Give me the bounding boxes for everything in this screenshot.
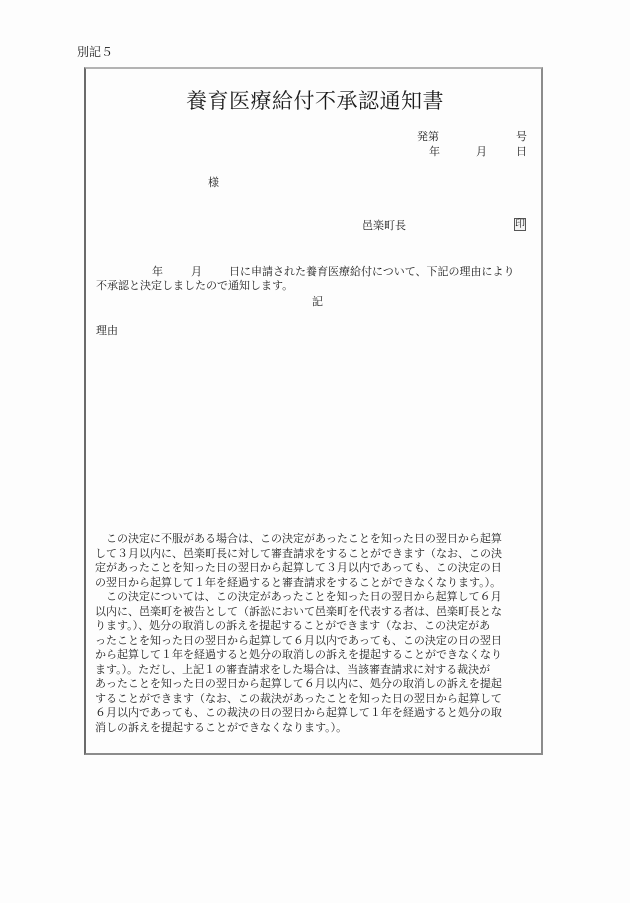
issue-number-suffix: 号 bbox=[516, 130, 527, 143]
appeal-notice-line: この決定に不服がある場合は、この決定があったことを知った日の翌日から起算 bbox=[95, 532, 533, 547]
ki-heading: 記 bbox=[312, 295, 323, 308]
document-title: 養育医療給付不承認通知書 bbox=[0, 88, 630, 114]
lawsuit-notice-line: 以内に、邑楽町を被告として（訴訟において邑楽町を代表する者は、邑楽町長とな bbox=[95, 605, 533, 620]
appeal-notice-line: 定があったことを知った日の翌日から起算して３月以内であっても、この決定の日 bbox=[95, 561, 533, 576]
appeal-notice-line: して３月以内に、邑楽町長に対して審査請求をすることができます（なお、この決 bbox=[95, 547, 533, 562]
addressee-suffix: 様 bbox=[208, 176, 219, 189]
date-month: 月 bbox=[476, 145, 487, 158]
lawsuit-notice-line: ったことを知った日の翌日から起算して６月以内であっても、この決定の日の翌日 bbox=[95, 634, 533, 649]
reason-label: 理由 bbox=[96, 324, 118, 337]
body-month: 月 bbox=[191, 265, 202, 278]
lawsuit-notice-line: ６月以内であっても、この裁決の日の翌日から起算して１年を経過すると処分の取 bbox=[95, 706, 533, 721]
annex-label: 別記５ bbox=[77, 45, 113, 59]
issuer-name: 邑楽町長 bbox=[362, 219, 406, 232]
lawsuit-notice-line: から起算して１年を経過すると処分の取消しの訴えを提起することができなくなり bbox=[95, 648, 533, 663]
body-line-1: 日に申請された養育医療給付について、下記の理由により bbox=[229, 265, 515, 278]
date-year: 年 bbox=[429, 145, 440, 158]
lawsuit-notice: この決定については、この決定があったことを知った日の翌日から起算して６月 以内に… bbox=[95, 590, 533, 735]
body-year: 年 bbox=[152, 265, 163, 278]
lawsuit-notice-line: ります。）、処分の取消しの訴えを提起することができます（なお、この決定があ bbox=[95, 619, 533, 634]
lawsuit-notice-line: この決定については、この決定があったことを知った日の翌日から起算して６月 bbox=[95, 590, 533, 605]
body-line-2: 不承認と決定しましたので通知します。 bbox=[96, 279, 293, 292]
seal-mark: 印 bbox=[514, 218, 526, 231]
appeal-notice-line: の翌日から起算して１年を経過すると審査請求をすることができなくなります。）。 bbox=[95, 576, 533, 591]
date-day: 日 bbox=[516, 145, 527, 158]
lawsuit-notice-line: あったことを知った日の翌日から起算して６月以内に、処分の取消しの訴えを提起 bbox=[95, 677, 533, 692]
appeal-notice: この決定に不服がある場合は、この決定があったことを知った日の翌日から起算 して３… bbox=[95, 532, 533, 590]
lawsuit-notice-line: 消しの訴えを提起することができなくなります。）。 bbox=[95, 721, 533, 736]
lawsuit-notice-line: ます。）。ただし、上記１の審査請求をした場合は、当該審査請求に対する裁決が bbox=[95, 663, 533, 678]
lawsuit-notice-line: することができます（なお、この裁決があったことを知った日の翌日から起算して bbox=[95, 692, 533, 707]
issue-number-prefix: 発第 bbox=[417, 130, 439, 143]
